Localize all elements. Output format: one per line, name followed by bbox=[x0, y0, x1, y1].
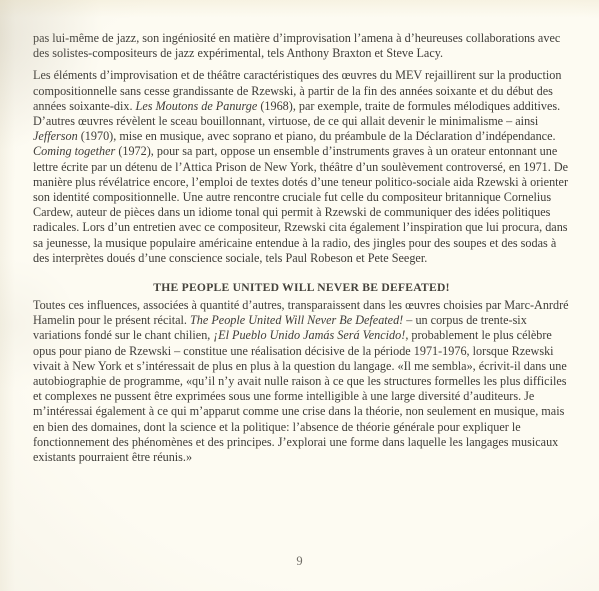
text-run: The People United Will Never Be Defeated… bbox=[190, 313, 403, 327]
page-number: 9 bbox=[296, 554, 302, 568]
text-run: ¡El Pueblo Unido Jamás Será Vencido! bbox=[213, 328, 405, 342]
paragraph-mev-influences: Les éléments d’improvisation et de théât… bbox=[33, 68, 570, 266]
text-run: (1972), pour sa part, oppose un ensemble… bbox=[33, 144, 568, 264]
booklet-page: pas lui-même de jazz, son ingéniosité en… bbox=[0, 0, 599, 591]
page-footer: 9 bbox=[0, 552, 599, 570]
text-run: pas lui-même de jazz, son ingéniosité en… bbox=[33, 31, 560, 60]
text-run: Les Moutons de Panurge bbox=[136, 99, 258, 113]
text-run: Coming together bbox=[33, 144, 115, 158]
liner-notes-text: pas lui-même de jazz, son ingéniosité en… bbox=[33, 31, 570, 472]
paragraph-people-united: Toutes ces influences, associées à quant… bbox=[33, 298, 570, 465]
text-run: (1970), mise en musique, avec soprano et… bbox=[78, 129, 556, 143]
section-heading: THE PEOPLE UNITED WILL NEVER BE DEFEATED… bbox=[33, 280, 570, 295]
text-run: Jefferson bbox=[33, 129, 78, 143]
text-run: , probablement le plus célèbre opus pour… bbox=[33, 328, 567, 464]
paragraph-continuation: pas lui-même de jazz, son ingéniosité en… bbox=[33, 31, 570, 61]
